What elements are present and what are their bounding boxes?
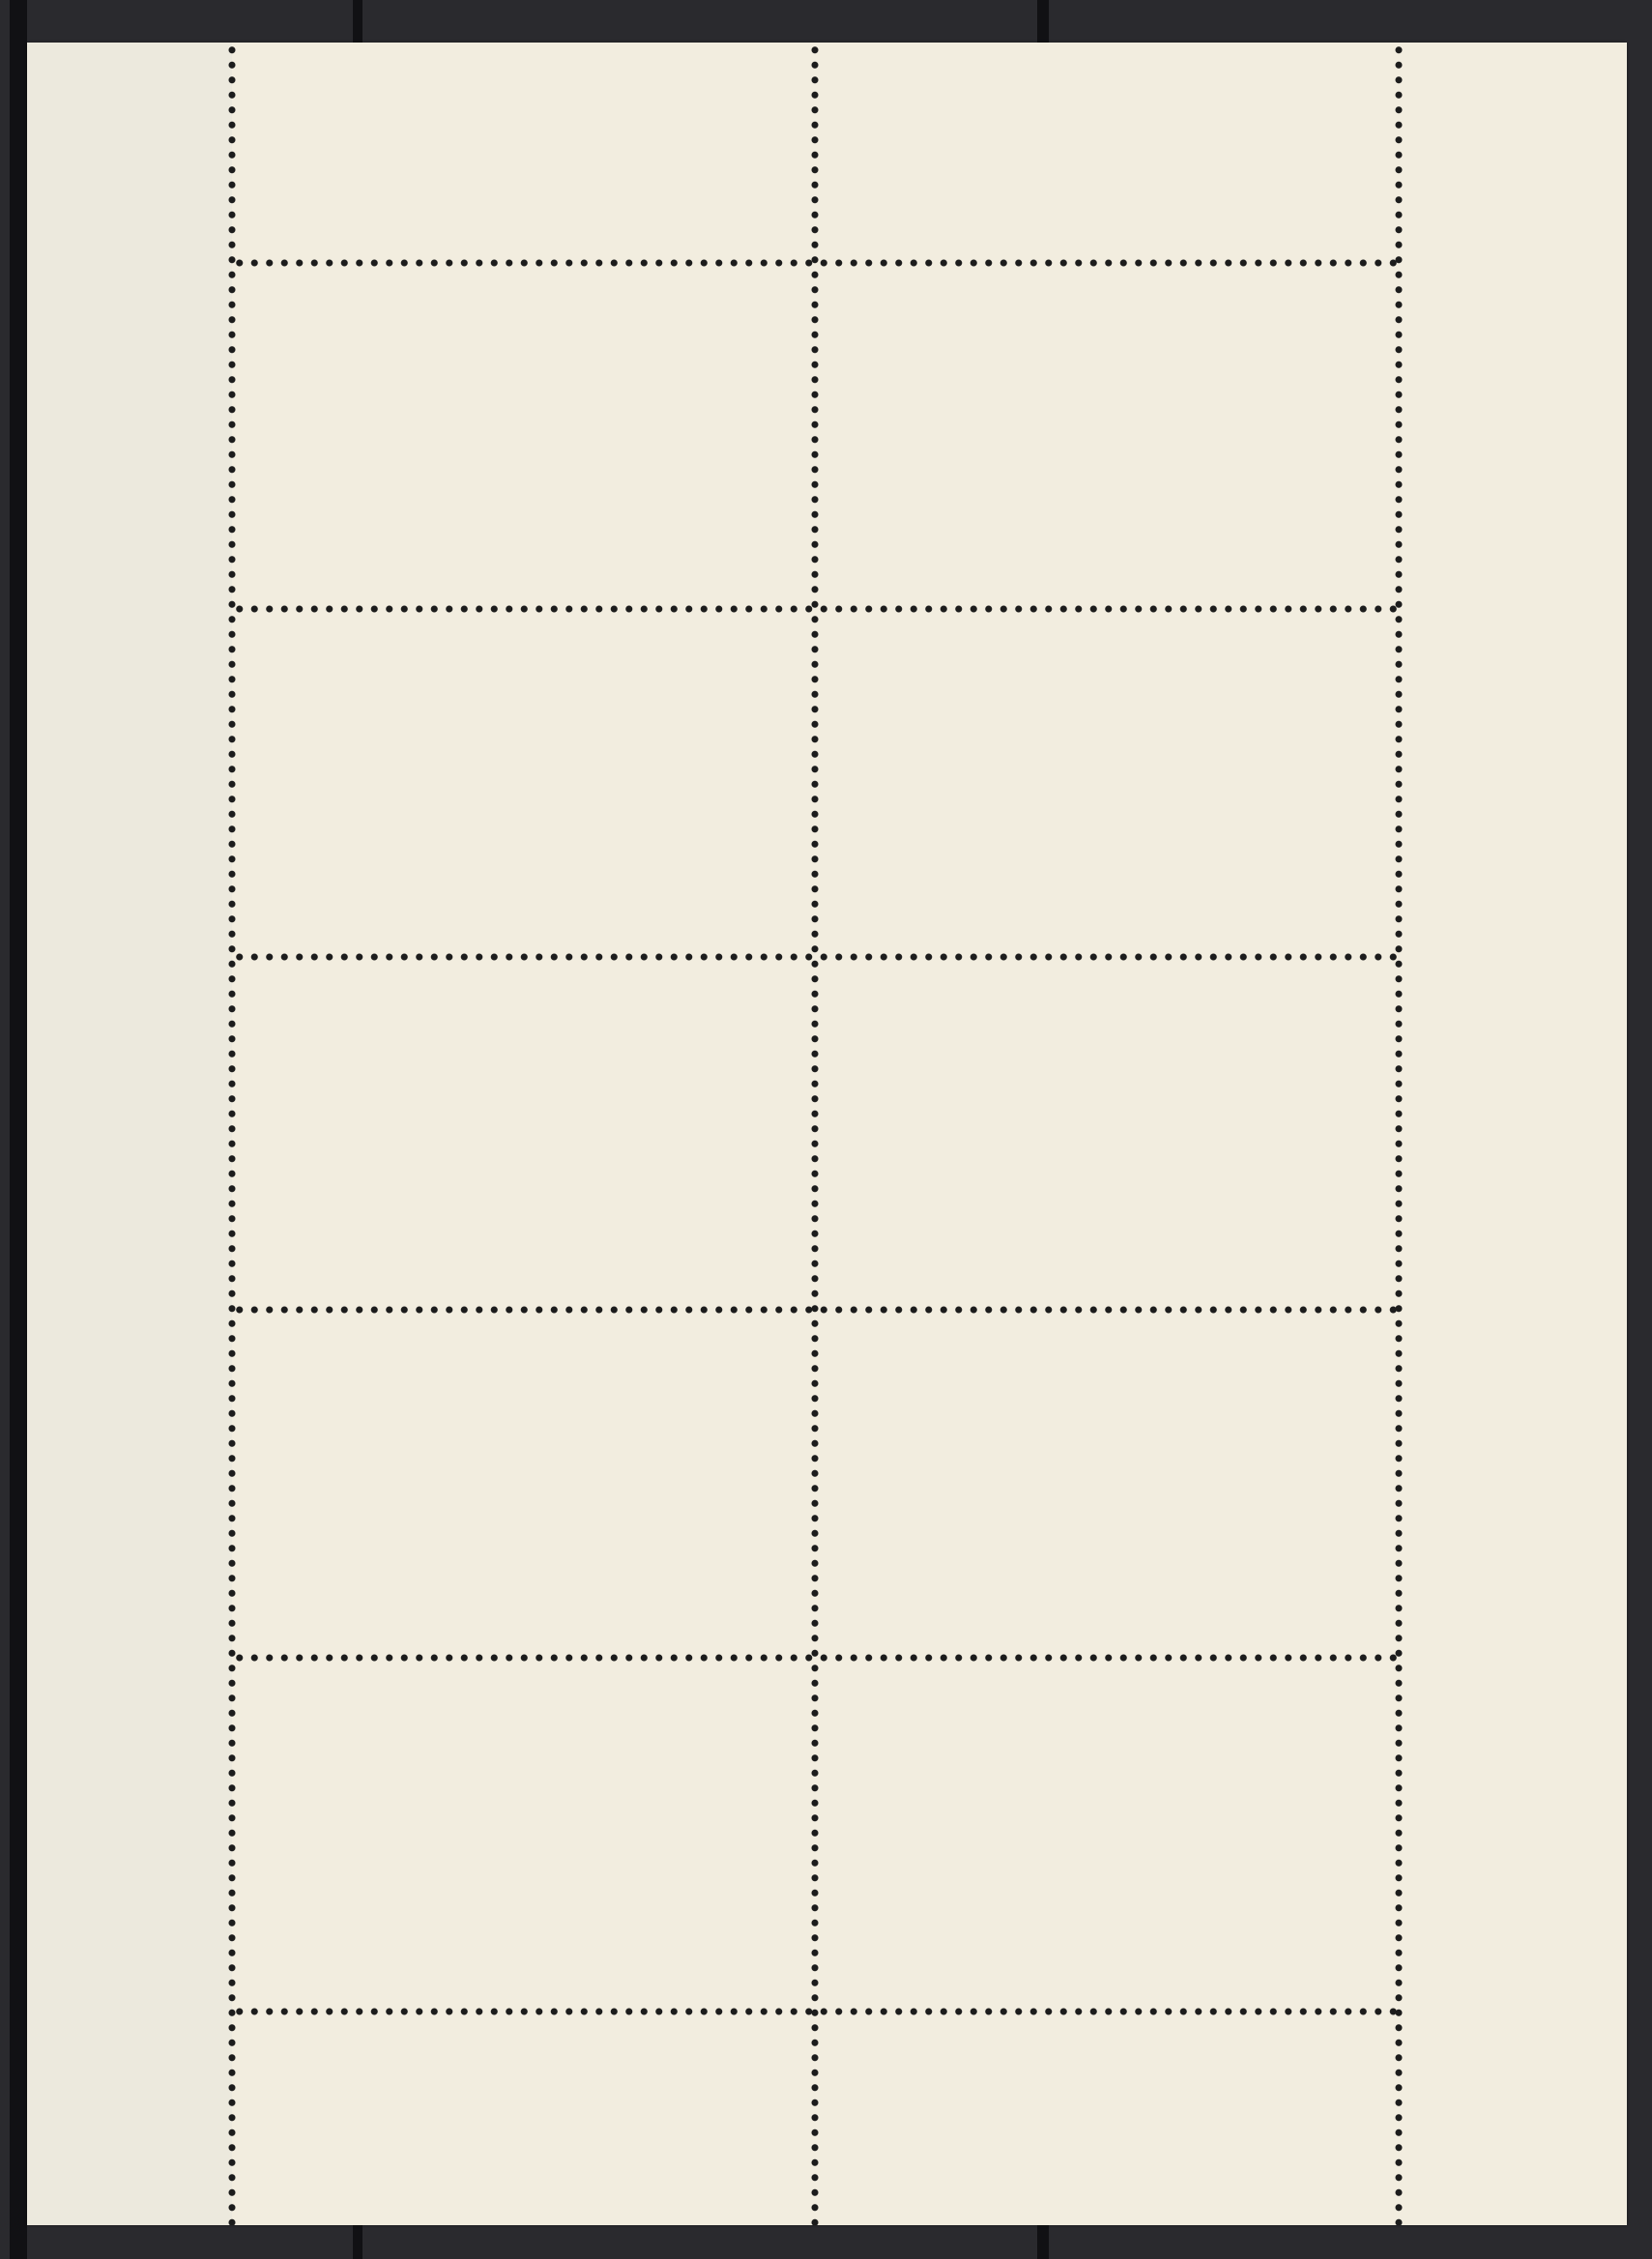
perforation-horizontal xyxy=(232,1654,1399,1662)
stamp-back xyxy=(819,961,1395,1306)
stamp-sheet: Reverse side of a perforated stamp sheet… xyxy=(27,43,1627,2225)
left-selvage xyxy=(27,43,232,2225)
perforation-horizontal xyxy=(232,953,1399,961)
stamp-back xyxy=(819,1662,1395,2008)
stamp-back xyxy=(819,267,1395,605)
stamp-back xyxy=(236,961,811,1306)
stamp-back xyxy=(236,613,811,953)
perforation-vertical xyxy=(811,43,819,2225)
perforation-horizontal xyxy=(232,1306,1399,1314)
background-stripe xyxy=(10,0,27,2259)
stamp-back xyxy=(236,267,811,605)
perforation-vertical xyxy=(1395,43,1403,2225)
stamp-back xyxy=(236,1314,811,1654)
perforation-horizontal xyxy=(232,605,1399,613)
perforation-vertical xyxy=(228,43,236,2225)
stamp-back xyxy=(819,613,1395,953)
perforation-horizontal xyxy=(232,259,1399,267)
perforation-horizontal xyxy=(232,2008,1399,2015)
stamp-back xyxy=(236,1662,811,2008)
stamp-back xyxy=(819,1314,1395,1654)
